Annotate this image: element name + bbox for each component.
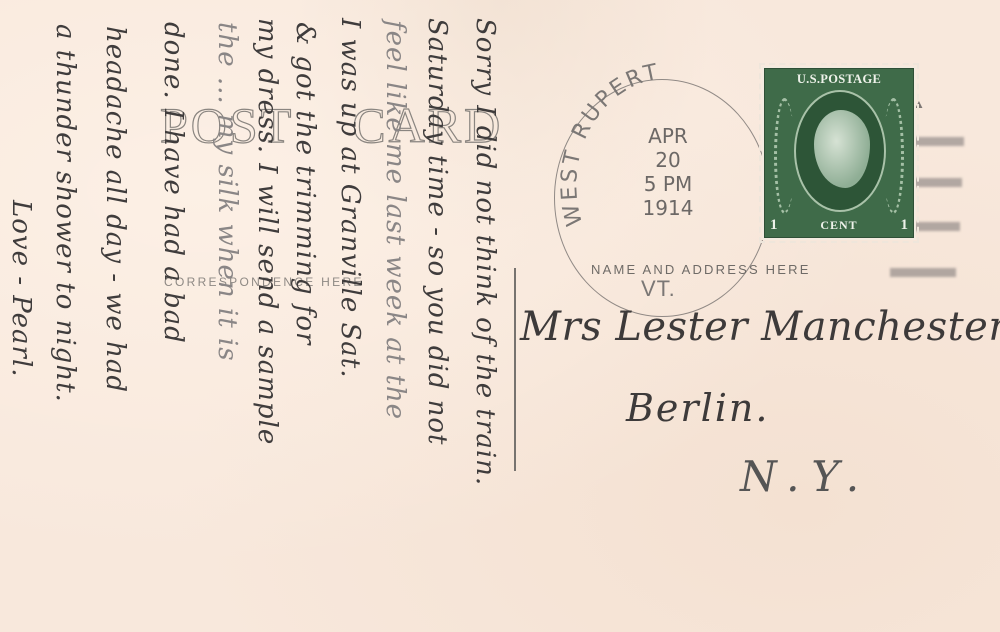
postmark-time: 5 PM: [633, 172, 703, 196]
message-line: Saturday time - so you did not: [422, 18, 452, 445]
cancellation-bar: [912, 222, 960, 231]
message-line: I was up at Granville Sat.: [335, 18, 365, 379]
stamp-value: 1 CENT 1: [770, 217, 908, 234]
address-label: NAME AND ADDRESS HERE: [591, 262, 811, 277]
cancellation-bar: [912, 137, 964, 146]
divider-line: [514, 268, 516, 471]
stamp-denomination: CENT: [820, 218, 857, 233]
postmark-day: 20: [633, 148, 703, 172]
stamp-numeral-right: 1: [901, 217, 909, 234]
cancellation-bar: [890, 268, 956, 277]
message-line: & got the trimming for: [290, 22, 320, 345]
stamp-portrait-frame: [794, 90, 886, 212]
postage-stamp: U.S.POSTAGE 1 CENT 1: [762, 66, 916, 240]
cancellation-bar: [912, 178, 962, 187]
stamp-title: U.S.POSTAGE: [764, 72, 914, 87]
recipient-state: N.Y.: [740, 452, 871, 501]
message-line: the ... my silk when it is: [212, 22, 242, 362]
message-line: a thunder shower to night.: [50, 24, 80, 403]
stamp-numeral-left: 1: [770, 217, 778, 234]
laurel-wreath-icon: [774, 98, 795, 214]
postmark-date: APR 20 5 PM 1914: [633, 124, 703, 220]
message-signature: Love - Pearl.: [6, 200, 36, 378]
message-line: Sorry I did not think of the train.: [470, 18, 500, 486]
postmark-year: 1914: [633, 196, 703, 220]
recipient-city: Berlin.: [626, 386, 769, 430]
recipient-name: Mrs Lester Manchester.: [520, 304, 1000, 350]
message-line: done. I have had a bad: [158, 22, 188, 344]
postcard-back: POSTCARD CORRESPONDENCE HERE Sorry I did…: [0, 0, 1000, 632]
message-line: my dress. I will send a sample: [252, 18, 282, 445]
message-line: headache all day - we had: [100, 26, 130, 393]
laurel-wreath-icon: [883, 98, 904, 214]
washington-portrait-icon: [814, 110, 870, 188]
postmark-month: APR: [633, 124, 703, 148]
message-line: feel like me last week at the: [380, 20, 410, 420]
postmark-state: VT.: [641, 276, 676, 302]
postmark: WEST RUPERT APR 20 5 PM 1914 VT.: [554, 79, 770, 317]
